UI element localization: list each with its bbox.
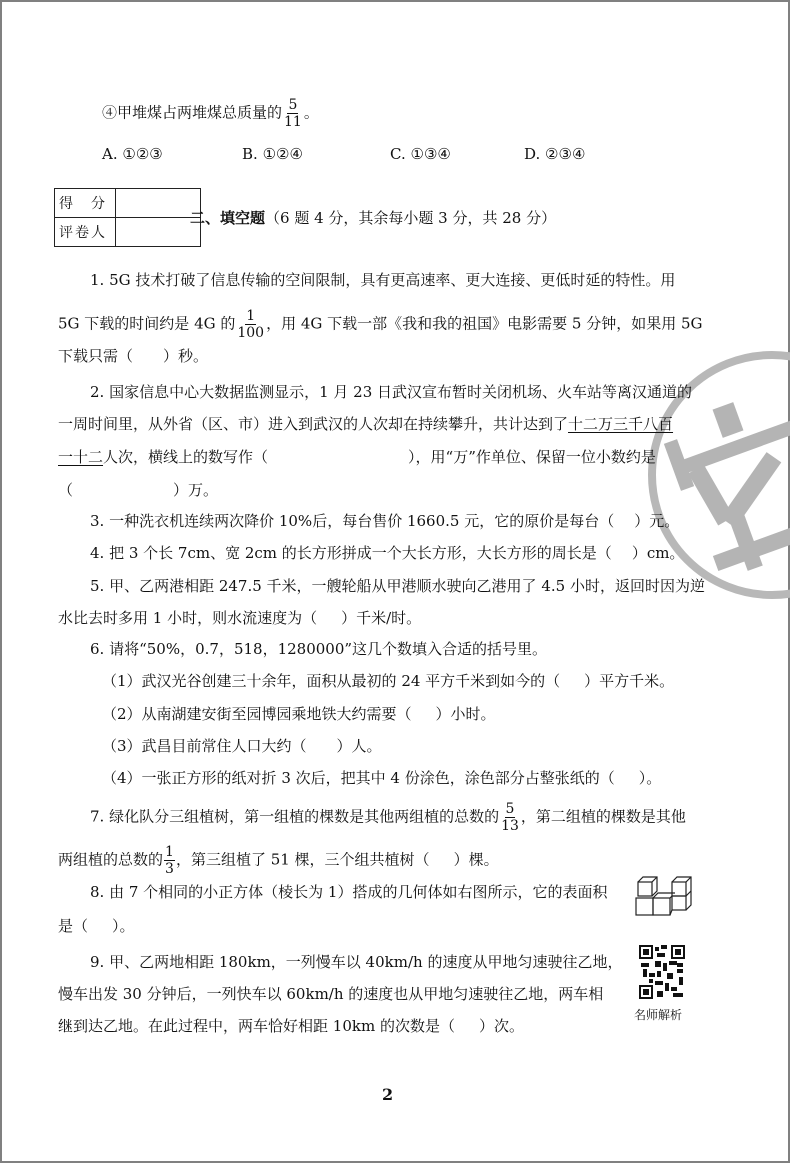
q1-text: ，用 4G 下载一部《我和我的祖国》电影需要 5 分钟，如果用 5G bbox=[266, 315, 702, 333]
q3-line: 3. 一种洗衣机连续两次降价 10%后，每台售价 1660.5 元，它的原价是每… bbox=[90, 511, 679, 531]
q1-text: 5G 下载的时间约是 4G 的 bbox=[58, 315, 235, 333]
frac-num: 1 bbox=[245, 309, 256, 325]
q2-underlined-number: 一十二 bbox=[58, 448, 103, 466]
frac-num: 1 bbox=[164, 845, 175, 861]
option-label: A. bbox=[102, 145, 118, 163]
q2-line3: 一十二人次，横线上的数写作（），用“万”作单位、保留一位小数约是 bbox=[58, 447, 656, 467]
option-c: C. ①③④ bbox=[390, 144, 451, 164]
option-value: ①②③ bbox=[122, 145, 162, 163]
q8-text: ）。 bbox=[112, 917, 135, 935]
q4-text: ）cm。 bbox=[632, 544, 685, 562]
item-4-prefix: ④甲堆煤占两堆煤总质量的 bbox=[102, 104, 282, 122]
q7-text: 7. 绿化队分三组植树，第一组植的棵数是其他两组植的总数的 bbox=[90, 808, 499, 826]
q1-line3: 下载只需（）秒。 bbox=[58, 346, 208, 366]
frac-den: 100 bbox=[236, 325, 265, 340]
q9-text: 继到达乙地。在此过程中，两车恰好相距 10km 的次数是（ bbox=[58, 1017, 455, 1035]
q8-line1: 8. 由 7 个相同的小正方体（棱长为 1）搭成的几何体如右图所示，它的表面积 bbox=[90, 882, 607, 902]
cube-stack-figure bbox=[634, 874, 698, 924]
fraction-5-11: 511 bbox=[283, 98, 303, 129]
q9-line2: 慢车出发 30 分钟后，一列快车以 60km/h 的速度也从甲地匀速驶往乙地，两… bbox=[58, 984, 603, 1004]
option-label: B. bbox=[242, 145, 258, 163]
q6-sub-text: （1）武汉光谷创建三十余年，面积从最初的 24 平方千米到如今的（ bbox=[102, 672, 560, 690]
q3-text: 3. 一种洗衣机连续两次降价 10%后，每台售价 1660.5 元，它的原价是每… bbox=[90, 512, 614, 530]
q7-text: ，第三组植了 51 棵，三个组共植树（ bbox=[176, 851, 430, 869]
option-label: D. bbox=[524, 145, 540, 163]
q5-line2: 水比去时多用 1 小时，则水流速度为（）千米/时。 bbox=[58, 608, 421, 628]
q2-line4: （）万。 bbox=[58, 480, 218, 500]
q6-sub-text: （3）武昌目前常住人口大约（ bbox=[102, 737, 307, 755]
grader-label: 评卷人 bbox=[55, 218, 116, 247]
q2-text: 一周时间里，从外省（区、市）进入到武汉的人次却在持续攀升，共计达到了 bbox=[58, 415, 568, 433]
q1-text: ）秒。 bbox=[163, 347, 208, 365]
q6-sub-text: ）。 bbox=[639, 769, 662, 787]
q9-text: ）次。 bbox=[479, 1017, 524, 1035]
q7-line1: 7. 绿化队分三组植树，第一组植的棵数是其他两组植的总数的513，第二组植的棵数… bbox=[90, 802, 686, 833]
q1-text: 下载只需（ bbox=[58, 347, 133, 365]
item-4-text: ④甲堆煤占两堆煤总质量的511。 bbox=[102, 98, 319, 129]
q7-text: ）棵。 bbox=[454, 851, 499, 869]
q7-line2: 两组植的总数的13，第三组植了 51 棵，三个组共植树（）棵。 bbox=[58, 845, 499, 876]
q6-sub-text: ）人。 bbox=[337, 737, 382, 755]
q6-sub-4: （4）一张正方形的纸对折 3 次后，把其中 4 份涂色，涂色部分占整张纸的（）。 bbox=[102, 768, 661, 788]
fraction-1-3: 13 bbox=[164, 845, 175, 876]
q9-line1: 9. 甲、乙两地相距 180km，一列慢车以 40km/h 的速度从甲地匀速驶往… bbox=[90, 952, 622, 972]
q2-line1: 2. 国家信息中心大数据监测显示，1 月 23 日武汉宣布暂时关闭机场、火车站等… bbox=[90, 382, 692, 402]
fraction-5-13: 513 bbox=[500, 802, 520, 833]
q4-line: 4. 把 3 个长 7cm、宽 2cm 的长方形拼成一个大长方形，大长方形的周长… bbox=[90, 543, 684, 563]
score-label: 得 分 bbox=[55, 189, 116, 218]
option-b: B. ①②④ bbox=[242, 144, 303, 164]
q2-text: 人次，横线上的数写作（ bbox=[103, 448, 268, 466]
grader-field[interactable] bbox=[116, 218, 201, 247]
score-table: 得 分 评卷人 bbox=[54, 188, 201, 247]
option-value: ①③④ bbox=[411, 145, 451, 163]
q6-sub-1: （1）武汉光谷创建三十余年，面积从最初的 24 平方千米到如今的（）平方千米。 bbox=[102, 671, 674, 691]
q8-text: 是（ bbox=[58, 917, 88, 935]
q9-line3: 继到达乙地。在此过程中，两车恰好相距 10km 的次数是（）次。 bbox=[58, 1016, 524, 1036]
qr-caption: 名师解析 bbox=[634, 1006, 682, 1023]
section-title: 二、填空题（6 题 4 分，其余每小题 3 分，共 28 分） bbox=[190, 207, 556, 228]
option-d: D. ②③④ bbox=[524, 144, 585, 164]
q6-sub-2: （2）从南湖建安街至园博园乘地铁大约需要（）小时。 bbox=[102, 704, 496, 724]
section-note: （6 题 4 分，其余每小题 3 分，共 28 分） bbox=[265, 209, 556, 227]
q7-text: ，第二组植的棵数是其他 bbox=[521, 808, 686, 826]
frac-den: 3 bbox=[164, 861, 175, 876]
q4-text: 4. 把 3 个长 7cm、宽 2cm 的长方形拼成一个大长方形，大长方形的周长… bbox=[90, 544, 612, 562]
q8-line2: 是（）。 bbox=[58, 916, 135, 936]
page-number: 2 bbox=[382, 1085, 393, 1104]
q6-sub-3: （3）武昌目前常住人口大约（）人。 bbox=[102, 736, 382, 756]
frac-den: 13 bbox=[500, 818, 520, 833]
q2-text: （ bbox=[58, 481, 73, 499]
q2-text: ）万。 bbox=[173, 481, 218, 499]
exam-page: ④甲堆煤占两堆煤总质量的511。 A. ①②③ B. ①②④ C. ①③④ D.… bbox=[0, 0, 790, 1163]
q3-text: ）元。 bbox=[634, 512, 679, 530]
score-field[interactable] bbox=[116, 189, 201, 218]
qr-code-icon[interactable] bbox=[639, 945, 685, 999]
fraction-1-100: 1100 bbox=[236, 309, 265, 340]
q5-text: ）千米/时。 bbox=[341, 609, 421, 627]
q6-sub-text: ）平方千米。 bbox=[584, 672, 674, 690]
q5-line1: 5. 甲、乙两港相距 247.5 千米，一艘轮船从甲港顺水驶向乙港用了 4.5 … bbox=[90, 576, 705, 596]
q5-text: 水比去时多用 1 小时，则水流速度为（ bbox=[58, 609, 317, 627]
q2-line2: 一周时间里，从外省（区、市）进入到武汉的人次却在持续攀升，共计达到了十二万三千八… bbox=[58, 414, 673, 434]
option-a: A. ①②③ bbox=[102, 144, 163, 164]
frac-num: 5 bbox=[287, 98, 298, 114]
q6-sub-text: （2）从南湖建安街至园博园乘地铁大约需要（ bbox=[102, 705, 412, 723]
option-value: ②③④ bbox=[545, 145, 585, 163]
q7-text: 两组植的总数的 bbox=[58, 851, 163, 869]
q2-text: ），用“万”作单位、保留一位小数约是 bbox=[408, 448, 656, 466]
q1-line1: 1. 5G 技术打破了信息传输的空间限制，具有更高速率、更大连接、更低时延的特性… bbox=[90, 270, 675, 290]
frac-num: 5 bbox=[505, 802, 516, 818]
q1-line2: 5G 下载的时间约是 4G 的1100，用 4G 下载一部《我和我的祖国》电影需… bbox=[58, 309, 703, 340]
q2-underlined-number: 十二万三千八百 bbox=[568, 415, 673, 433]
q6-sub-text: ）小时。 bbox=[436, 705, 496, 723]
option-label: C. bbox=[390, 145, 406, 163]
q6-sub-text: （4）一张正方形的纸对折 3 次后，把其中 4 份涂色，涂色部分占整张纸的（ bbox=[102, 769, 615, 787]
option-value: ①②④ bbox=[263, 145, 303, 163]
item-4-suffix: 。 bbox=[304, 104, 319, 122]
frac-den: 11 bbox=[283, 114, 303, 129]
q6-stem: 6. 请将“50%，0.7，518，1280000”这几个数填入合适的括号里。 bbox=[90, 639, 547, 659]
section-heading: 二、填空题 bbox=[190, 209, 265, 227]
